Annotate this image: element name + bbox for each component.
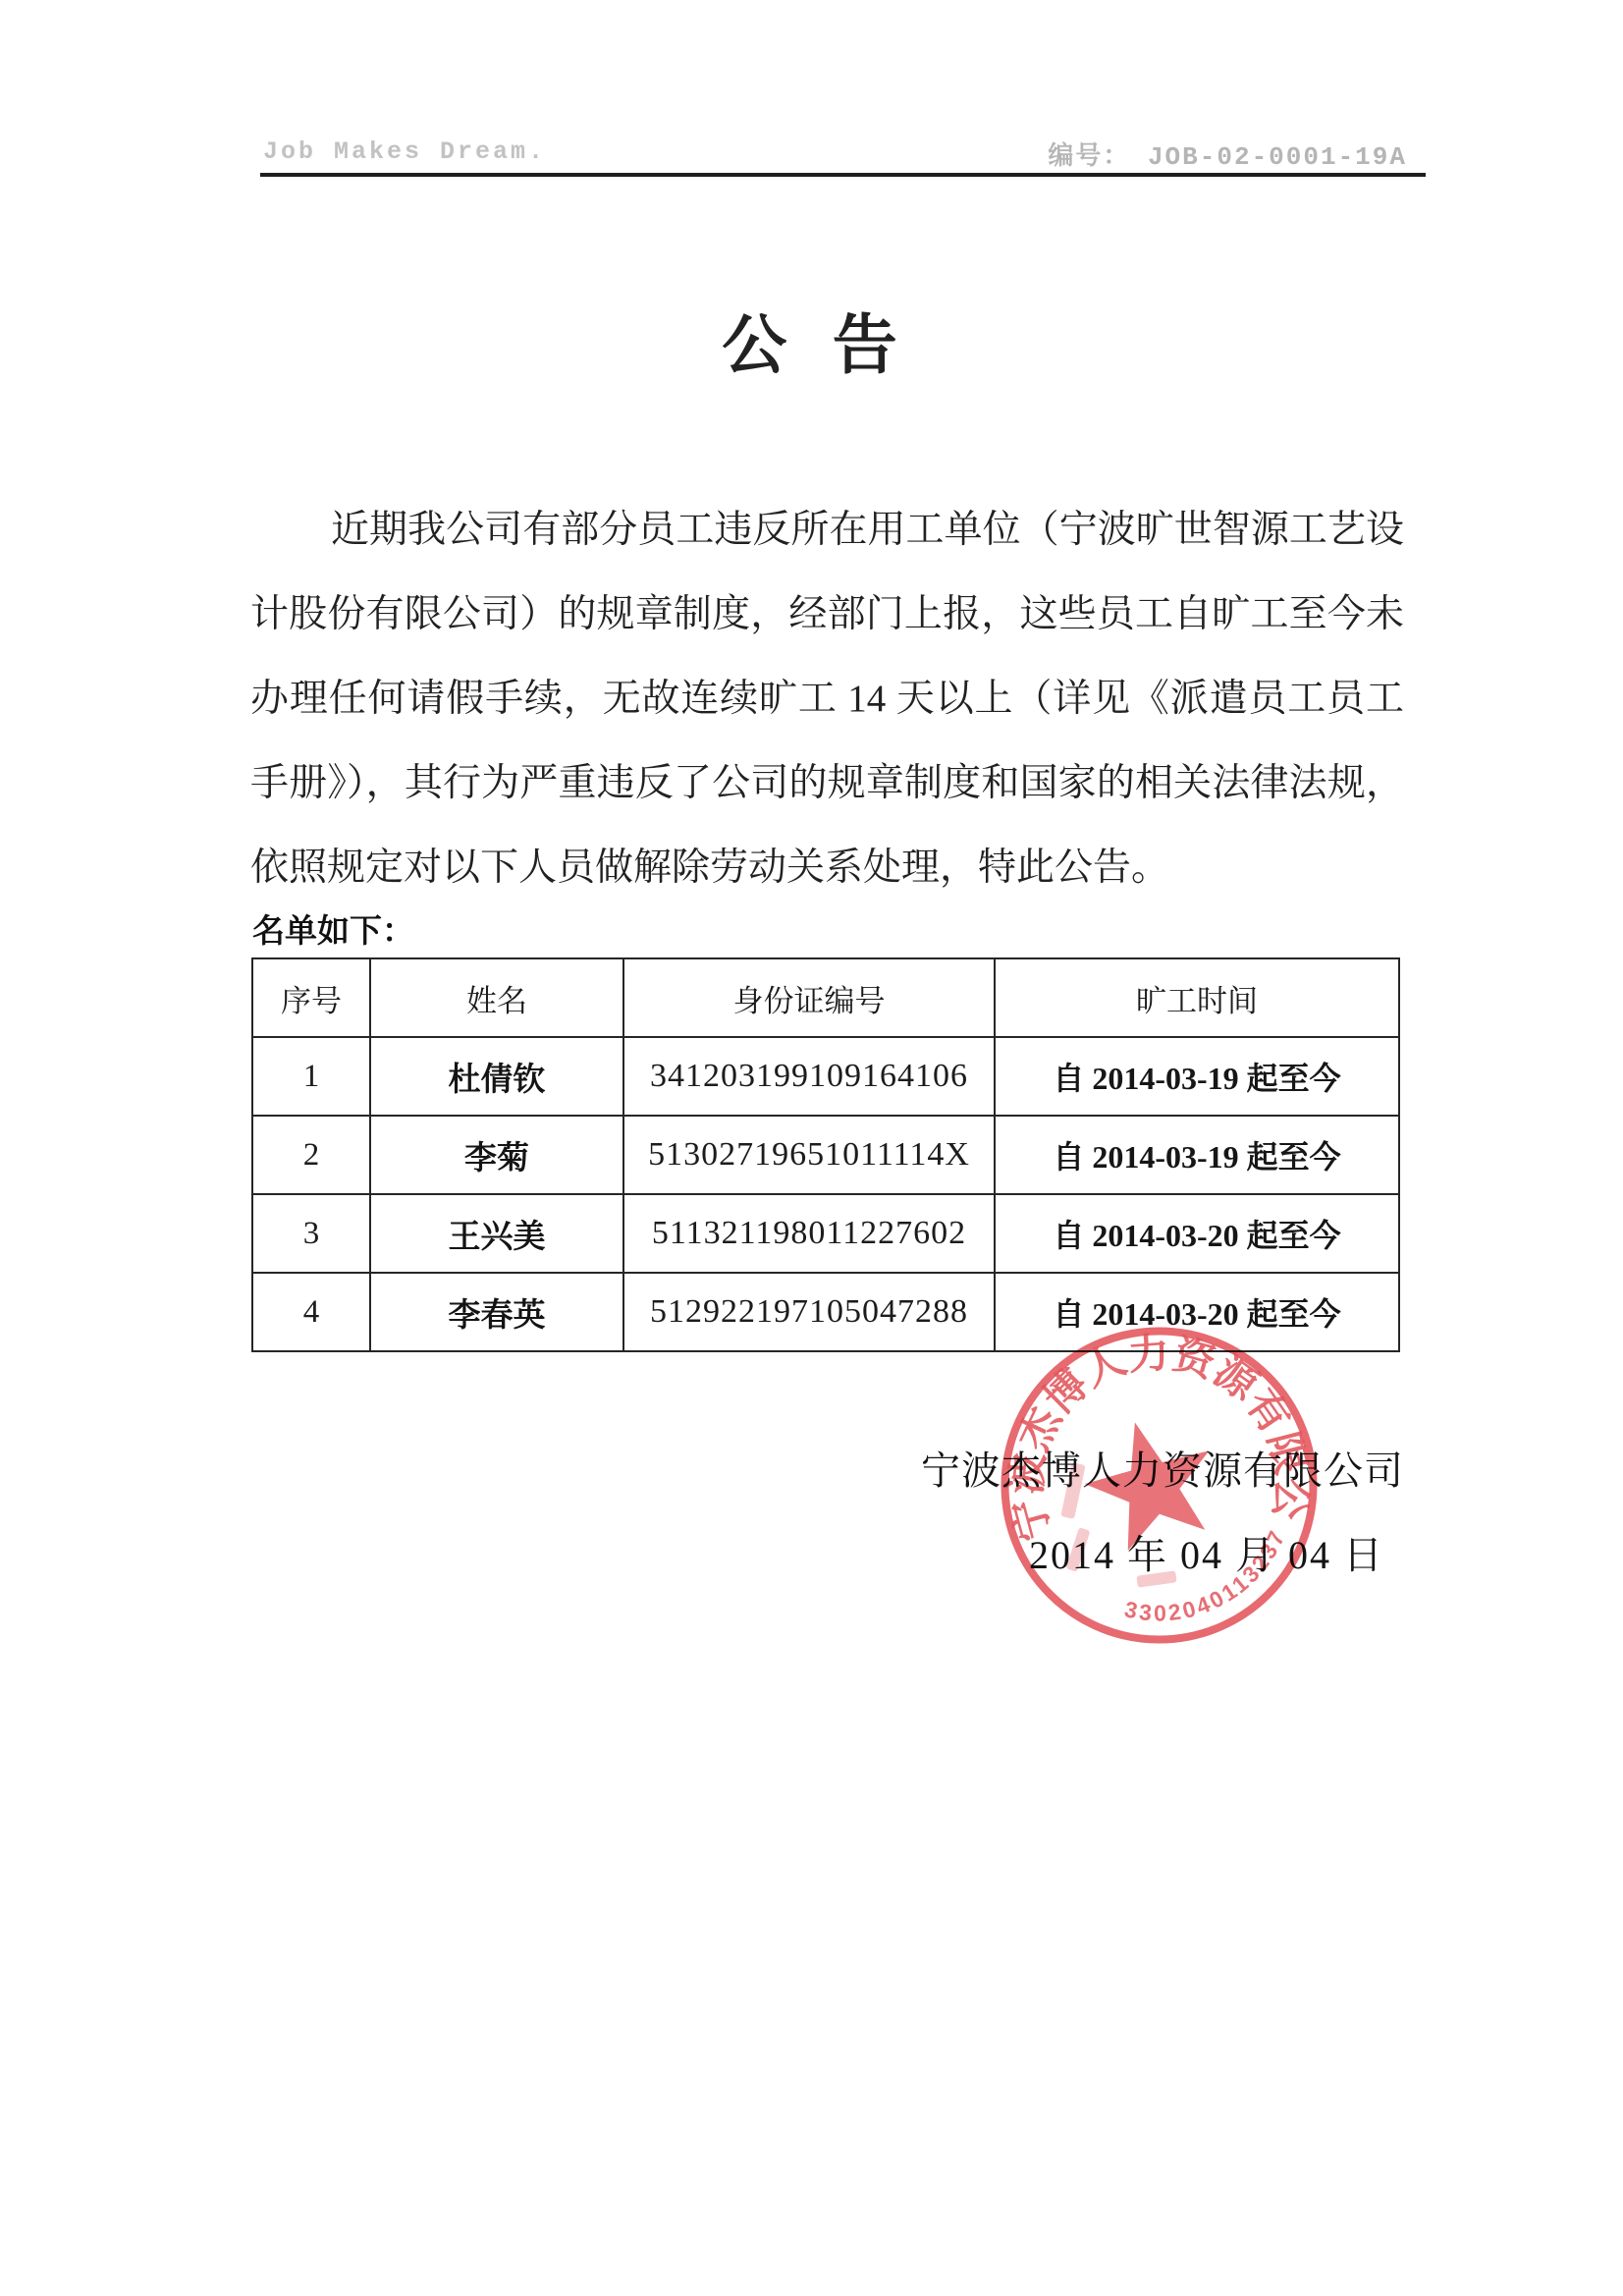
- cell-name: 王兴美: [370, 1194, 623, 1273]
- column-header-name: 姓名: [370, 958, 623, 1037]
- body-line: 办理任何请假手续，无故连续旷工 14 天以上（详见《派遣员工员工: [250, 657, 1404, 741]
- announcement-document-page: Job Makes Dream. 编号： JOB-02-0001-19A 公 告…: [0, 0, 1623, 2296]
- dismissed-employees-table: 序号 姓名 身份证编号 旷工时间 1 杜倩钦 34120319910916410…: [251, 957, 1400, 1352]
- cell-index: 1: [252, 1037, 370, 1116]
- column-header-period: 旷工时间: [995, 958, 1399, 1037]
- doc-number-value: JOB-02-0001-19A: [1148, 142, 1407, 172]
- page-title: 公 告: [0, 293, 1623, 386]
- table-header-row: 序号 姓名 身份证编号 旷工时间: [252, 958, 1399, 1037]
- cell-period: 自 2014-03-20 起至今: [995, 1194, 1399, 1273]
- doc-number-label: 编号：: [1048, 142, 1130, 172]
- signature-company-name: 宁波杰博人力资源有限公司: [921, 1448, 1404, 1495]
- body-line: 依照规定对以下人员做解除劳动关系处理，特此公告。: [250, 826, 1404, 910]
- column-header-index: 序号: [252, 958, 370, 1037]
- table-row: 3 王兴美 511321198011227602 自 2014-03-20 起至…: [252, 1194, 1399, 1273]
- header-divider-line: [260, 173, 1426, 177]
- cell-period: 自 2014-03-20 起至今: [995, 1273, 1399, 1351]
- cell-id-number: 51302719651011114X: [623, 1116, 995, 1194]
- roster-intro-label: 名单如下：: [252, 905, 414, 952]
- cell-index: 2: [252, 1116, 370, 1194]
- body-line: 手册》），其行为严重违反了公司的规章制度和国家的相关法律法规，: [250, 741, 1404, 826]
- cell-id-number: 512922197105047288: [623, 1273, 995, 1351]
- header-document-number: 编号： JOB-02-0001-19A: [1048, 136, 1407, 172]
- body-line: 计股份有限公司）的规章制度，经部门上报，这些员工自旷工至今未: [250, 573, 1404, 657]
- header-slogan: Job Makes Dream.: [263, 137, 546, 166]
- cell-name: 李菊: [370, 1116, 623, 1194]
- table-row: 2 李菊 51302719651011114X 自 2014-03-19 起至今: [252, 1116, 1399, 1194]
- table-row: 4 李春英 512922197105047288 自 2014-03-20 起至…: [252, 1273, 1399, 1351]
- cell-index: 4: [252, 1273, 370, 1351]
- cell-id-number: 341203199109164106: [623, 1037, 995, 1116]
- column-header-id: 身份证编号: [623, 958, 995, 1037]
- body-line: 近期我公司有部分员工违反所在用工单位（宁波旷世智源工艺设: [250, 488, 1404, 573]
- cell-name: 李春英: [370, 1273, 623, 1351]
- cell-name: 杜倩钦: [370, 1037, 623, 1116]
- cell-index: 3: [252, 1194, 370, 1273]
- cell-id-number: 511321198011227602: [623, 1194, 995, 1273]
- table-row: 1 杜倩钦 341203199109164106 自 2014-03-19 起至…: [252, 1037, 1399, 1116]
- cell-period: 自 2014-03-19 起至今: [995, 1116, 1399, 1194]
- signature-date: 2014 年 04 月 04 日: [1029, 1532, 1384, 1579]
- cell-period: 自 2014-03-19 起至今: [995, 1037, 1399, 1116]
- announcement-body: 近期我公司有部分员工违反所在用工单位（宁波旷世智源工艺设 计股份有限公司）的规章…: [250, 488, 1404, 910]
